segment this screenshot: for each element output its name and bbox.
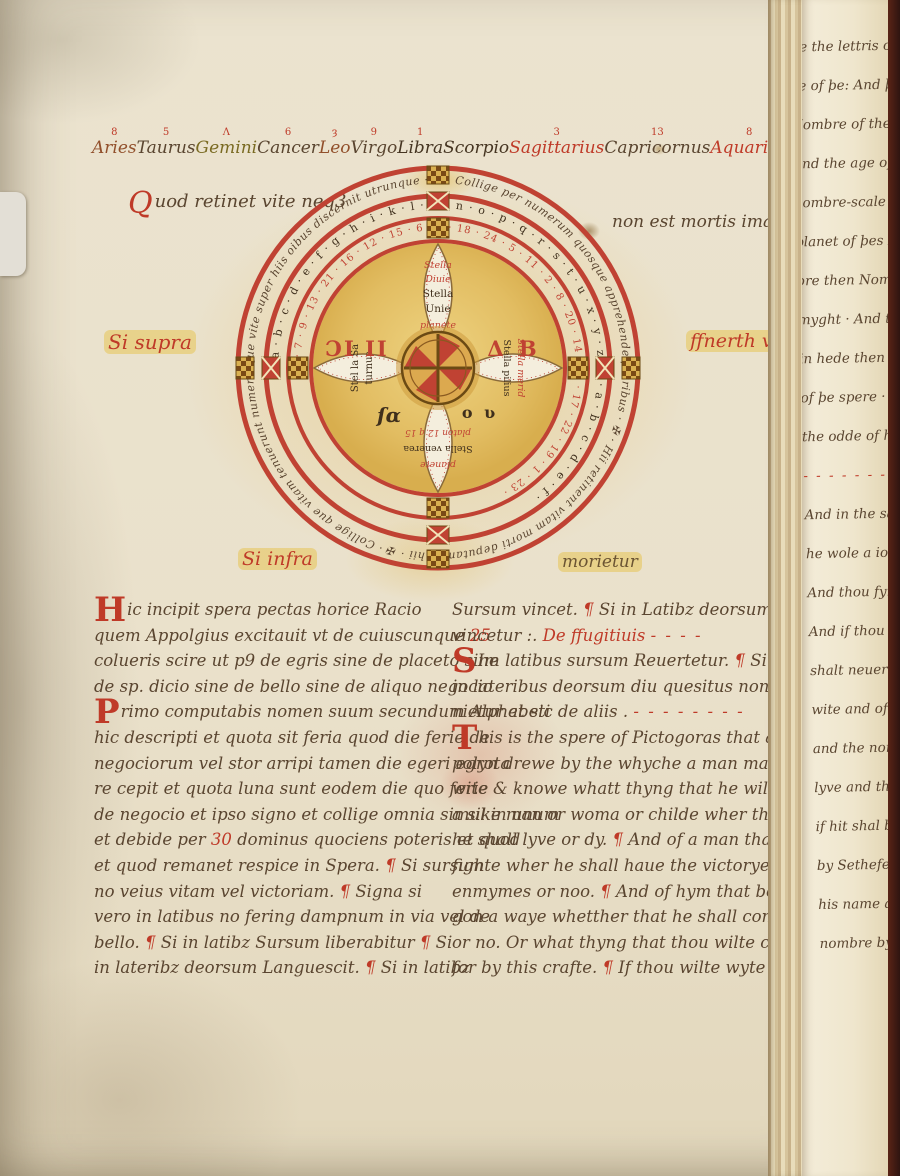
- zodiac-number: 5: [137, 128, 196, 138]
- left-col-line: et quod remanet respice in Spera. ¶ Si s…: [94, 853, 436, 879]
- right-col-line: wite & knowe whatt thyng that he will as…: [452, 776, 794, 802]
- edge-line: de of þe: And þes Nombre: [802, 63, 888, 107]
- zodiac-name: Libra: [397, 138, 443, 158]
- svg-text:Unie: Unie: [425, 303, 450, 315]
- manuscript-page: 8Aries5TaurusΛGemini6CancerȝLeo9Virgo1Li…: [0, 0, 790, 1176]
- left-col-line: Hic incipit spera pectas horice Racio: [94, 597, 436, 623]
- edge-line: he wole a iorney or trauell: [805, 531, 888, 575]
- facing-page-sliver: tte the lettris of his nade of þe: And þ…: [802, 0, 888, 1176]
- zodiac-sign-cancer: 6Cancer: [257, 128, 319, 158]
- left-col-line: in lateribz deorsum Languescit. ¶ Si in …: [94, 955, 436, 981]
- right-col-line: or no. Or what thyng that thou wilte cas…: [452, 930, 794, 956]
- edge-line: if hit shal be od come-lyve the: [815, 804, 888, 848]
- edge-line: in hede then fyndithe hit in: [802, 336, 888, 380]
- right-col-line: a sike man or woma or childe wher that: [452, 802, 794, 828]
- zodiac-sign-taurus: 5Taurus: [137, 128, 196, 158]
- right-col-line: vincetur :. De ffugitiuis - - - -: [452, 623, 794, 649]
- right-col-line: This is the spere of Pictogoras that ap: [452, 725, 794, 751]
- left-col-line: de negocio et ipso signo et collige omni…: [94, 802, 436, 828]
- zodiac-sign-libra: 1Libra: [397, 128, 443, 158]
- central-hub: [396, 326, 480, 410]
- zodiac-name: Sagittarius: [509, 138, 604, 158]
- left-col-line: et debide per 30 dominus quociens poteri…: [94, 827, 436, 853]
- edge-line: myght · And the Nombre that: [802, 297, 888, 341]
- right-col-line: fighte wher he shall haue the victorye o…: [452, 853, 794, 879]
- zodiac-name: Virgo: [351, 138, 398, 158]
- zodiac-name: Cancer: [257, 138, 319, 158]
- zodiac-sign-leo: ȝLeo: [319, 128, 351, 158]
- zodiac-number: ȝ: [319, 128, 351, 138]
- svg-text:planete: planete: [420, 459, 456, 470]
- left-column: Hic incipit spera pectas horice Racioque…: [94, 597, 436, 981]
- zodiac-sign-scorpio: Scorpio: [443, 128, 509, 158]
- right-col-line: he shall lyve or dy. ¶ And of a man that…: [452, 827, 794, 853]
- sigil-left-red: ƆΙ ΙΙ: [325, 336, 389, 361]
- page-edges-stack: [768, 0, 804, 1176]
- left-col-line: quem Appolgius excitauit vt de cuiuscunq…: [94, 623, 436, 649]
- label-si-supra: Si supra: [104, 330, 196, 354]
- right-col-line: enmymes or noo. ¶ And of hym that be: [452, 879, 794, 905]
- sphere-diagram-svg: Que vite super hiis oibus discernit utru…: [226, 156, 650, 580]
- zodiac-number: 3: [509, 128, 604, 138]
- south-squares: [427, 498, 449, 568]
- left-col-line: bello. ¶ Si in latibz Sursum liberabitur…: [94, 930, 436, 956]
- edge-line: And if thou fynde hit by ne: [808, 609, 888, 653]
- edge-line: and the nomber be aboue he: [812, 726, 888, 770]
- right-col-line: nietur et sic de aliis . - - - - - - - -: [452, 699, 794, 725]
- zodiac-number: 9: [351, 128, 398, 138]
- svg-text:Stella venerea: Stella venerea: [403, 443, 473, 454]
- left-col-line: colueris scire ut p9 de egris sine de pl…: [94, 648, 436, 674]
- right-column: Sursum vincet. ¶ Si in Latibz deorsumvin…: [452, 597, 794, 981]
- edge-line: Nombre of the daye that þe: [802, 102, 888, 146]
- edge-line: And the age of the mone: [802, 141, 888, 185]
- left-col-line: Primo computabis nomen suum secundum Alp…: [94, 699, 436, 725]
- right-col-line: in lateribus deorsum diu quesitus non in…: [452, 674, 794, 700]
- left-col-line: vero in latibus no fering dampnum in via…: [94, 904, 436, 930]
- zodiac-number: 8: [92, 128, 137, 138]
- right-col-line: gon a waye whetther that he shall com ay…: [452, 904, 794, 930]
- north-squares: [427, 166, 449, 238]
- svg-text:Diuie: Diuie: [424, 274, 451, 285]
- svg-text:platon 12 q 15: platon 12 q 15: [405, 427, 471, 437]
- edge-line: by Sethefelayde · And if hit b: [816, 843, 888, 887]
- torn-paper-tab: [0, 192, 26, 276]
- sigil-right-red: Δ Β: [487, 336, 540, 361]
- zodiac-number: 1: [397, 128, 443, 138]
- zodiac-sign-aries: 8Aries: [92, 128, 137, 158]
- edge-line: the odde of hit be by Nethe: [802, 414, 888, 458]
- zodiac-name: Capricornus: [604, 138, 710, 158]
- edge-line: tte the lettris of his na: [802, 24, 888, 68]
- zodiac-name: Aries: [92, 138, 137, 158]
- sphere-of-pythagoras-diagram: Que vite super hiis oibus discernit utru…: [226, 156, 650, 580]
- edge-text: tte the lettris of his nade of þe: And þ…: [802, 24, 888, 964]
- edge-line: of þe spere · And hit shal be: [802, 375, 888, 419]
- edge-line: - - - - - - - - -: [803, 453, 888, 497]
- edge-line: And thou fynde hit aboue he þe: [807, 570, 888, 614]
- zodiac-number: 6: [257, 128, 319, 138]
- edge-line: nombre-scale planet that þe b: [802, 180, 888, 224]
- east-squares: [568, 357, 640, 379]
- edge-line: planet of þes Nombres by þe: [802, 219, 888, 263]
- red-initial-q: Q: [128, 186, 153, 221]
- zodiac-sign-capricornus: 13Capricornus: [604, 128, 710, 158]
- left-col-line: re cepit et quota luna sunt eodem die qu…: [94, 776, 436, 802]
- sigil-bottom-right: o ʋ: [462, 403, 498, 422]
- book-cover-edge: [888, 0, 900, 1176]
- left-col-line: negociorum vel stor arripi tamen die ege…: [94, 751, 436, 777]
- zodiac-name: Taurus: [137, 138, 196, 158]
- zodiac-sign-gemini: ΛGemini: [196, 128, 258, 158]
- edge-line: shalt neuer com ayen: [809, 648, 888, 692]
- zodiac-name: Scorpio: [443, 138, 509, 158]
- left-col-line: hic descripti et quota sit feria quod di…: [94, 725, 436, 751]
- zodiac-name: Gemini: [196, 138, 258, 158]
- edge-line: And in the same quest thou shalt: [804, 492, 888, 536]
- edge-line: wite and of a man shalt: [811, 687, 888, 731]
- edge-line: bre then Nombre by þ3 .0.: [802, 258, 888, 302]
- zodiac-number: Λ: [196, 128, 258, 138]
- sigil-bottom-left: ſα: [375, 403, 401, 427]
- right-col-line: for by this crafte. ¶ If thou wilte wyte: [452, 955, 794, 981]
- svg-text:Stella: Stella: [424, 260, 452, 271]
- zodiac-number: [443, 128, 509, 138]
- edge-line: nombre by ¶ And: [819, 920, 888, 964]
- left-col-line: no veius vitam vel victoriam. ¶ Signa si: [94, 879, 436, 905]
- zodiac-row: 8Aries5TaurusΛGemini6CancerȝLeo9Virgo1Li…: [92, 128, 780, 158]
- west-squares: [236, 357, 308, 379]
- left-col-line: de sp. dicio sine de bello sine de aliqu…: [94, 674, 436, 700]
- right-col-line: polyn drewe by the whyche a man may: [452, 751, 794, 777]
- zodiac-name: Leo: [319, 138, 351, 158]
- right-col-line: SIm latibus sursum Reuertetur. ¶ Si: [452, 648, 794, 674]
- right-col-line: Sursum vincet. ¶ Si in Latibz deorsum: [452, 597, 794, 623]
- zodiac-number: 13: [604, 128, 710, 138]
- edge-line: lyve and the better ¶ And if h: [814, 765, 888, 809]
- zodiac-sign-sagittarius: 3Sagittarius: [509, 128, 604, 158]
- svg-text:Stella: Stella: [423, 288, 454, 300]
- zodiac-sign-virgo: 9Virgo: [351, 128, 398, 158]
- edge-line: his name and then Adde the: [818, 881, 888, 925]
- manuscript-photo: 8Aries5TaurusΛGemini6CancerȝLeo9Virgo1Li…: [0, 0, 900, 1176]
